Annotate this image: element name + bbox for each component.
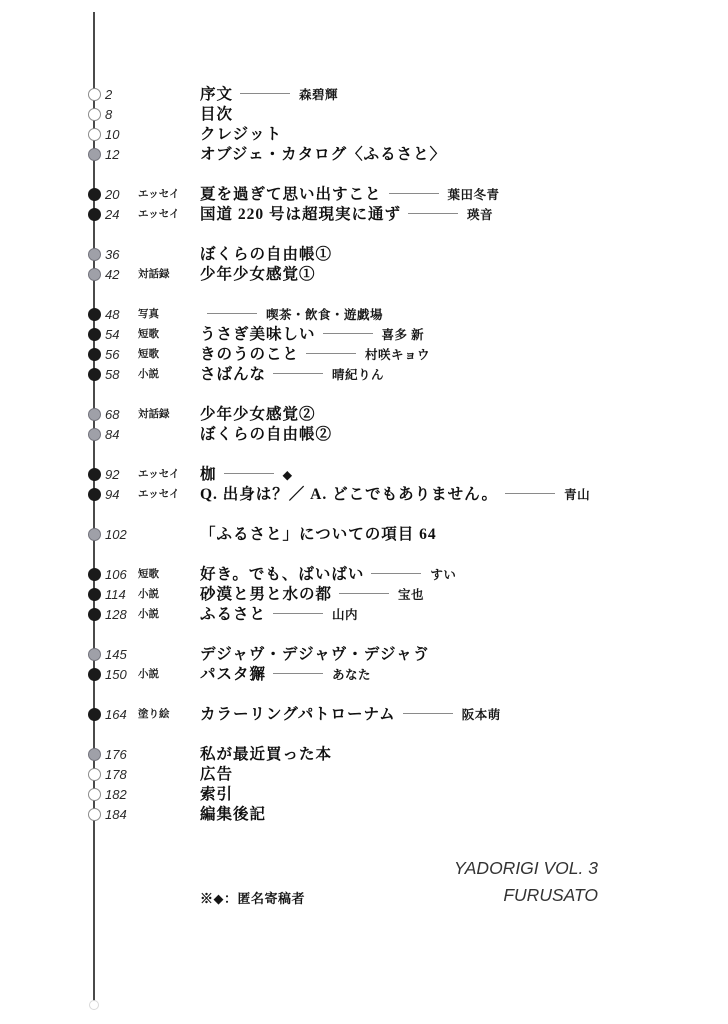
entry-title: オブジェ・カタログ〈ふるさと〉 (200, 146, 446, 163)
category-label: 短歌 (138, 565, 159, 585)
leader-dash (339, 593, 389, 594)
leader-dash (224, 473, 274, 474)
toc-row: 84ぼくらの自由帳② (0, 425, 728, 445)
page-number: 42 (105, 265, 119, 285)
category-label: エッセイ (138, 205, 179, 225)
entry-title: パスタ獬 (200, 666, 266, 683)
entry-title-wrap: 夏を過ぎて思い出すこと葉田冬青 (200, 185, 500, 205)
entry-title-wrap: 少年少女感覚① (200, 265, 316, 285)
leader-dash (323, 333, 373, 334)
anonymous-contributor-note: ※◆：匿名寄稿者 (200, 888, 305, 907)
entry-title: ぼくらの自由帳① (200, 246, 332, 263)
entry-title: 国道 220 号は超現実に通ず (200, 206, 401, 223)
entry-title: 広告 (200, 766, 233, 783)
toc-row: 92エッセイ枷◆ (0, 465, 728, 485)
page-number: 48 (105, 305, 119, 325)
toc-row: 182索引 (0, 785, 728, 805)
entry-title: 砂漠と男と水の都 (200, 586, 332, 603)
entry-title-wrap: ぼくらの自由帳① (200, 245, 332, 265)
entry-title: 好き。でも、ばいばい (200, 566, 364, 583)
toc-group: 106短歌好き。でも、ばいばいすい114小説砂漠と男と水の都宝也128小説ふるさ… (0, 565, 728, 625)
page-number: 182 (105, 785, 127, 805)
author-name: 晴紀りん (332, 368, 384, 382)
entry-title-wrap: さばんな晴紀りん (200, 365, 384, 385)
bullet-open-icon (88, 88, 101, 101)
bullet-gray-icon (88, 428, 101, 441)
toc-group: 68対話録少年少女感覚②84ぼくらの自由帳② (0, 405, 728, 445)
entry-title-wrap: 枷◆ (200, 465, 293, 485)
entry-title-wrap: 広告 (200, 765, 233, 785)
toc-group: 36ぼくらの自由帳①42対話録少年少女感覚① (0, 245, 728, 285)
author-name: 森碧輝 (299, 88, 338, 102)
issue-title: FURUSATO (503, 885, 598, 906)
bullet-open-icon (88, 808, 101, 821)
page-number: 2 (105, 85, 112, 105)
timeline-endcap-circle (89, 1000, 99, 1010)
author-name: 葉田冬青 (448, 188, 500, 202)
toc-group: 2序文森碧輝8目次10クレジット12オブジェ・カタログ〈ふるさと〉 (0, 85, 728, 165)
leader-dash (273, 673, 323, 674)
page-number: 150 (105, 665, 127, 685)
entry-title-wrap: 少年少女感覚② (200, 405, 316, 425)
author-name: 瑛音 (467, 208, 493, 222)
category-label: エッセイ (138, 485, 179, 505)
entry-title-wrap: 国道 220 号は超現実に通ず瑛音 (200, 205, 493, 225)
entry-title-wrap: Q. 出身は？／ A. どこでもありません。青山 (200, 485, 590, 505)
category-label: 塗り絵 (138, 705, 170, 725)
toc-row: 114小説砂漠と男と水の都宝也 (0, 585, 728, 605)
bullet-gray-icon (88, 408, 101, 421)
page-number: 10 (105, 125, 119, 145)
leader-dash (273, 613, 323, 614)
page-number: 114 (105, 585, 126, 605)
author-name: 喫茶・飲食・遊戯場 (266, 308, 383, 322)
page-number: 54 (105, 325, 119, 345)
author-name: 喜多 新 (382, 328, 425, 342)
page-number: 20 (105, 185, 119, 205)
author-name: あなた (332, 668, 371, 682)
entry-title-wrap: 好き。でも、ばいばいすい (200, 565, 456, 585)
entry-title-wrap: ふるさと山内 (200, 605, 358, 625)
toc-row: 42対話録少年少女感覚① (0, 265, 728, 285)
entry-title-wrap: 「ふるさと」についての項目 64 (200, 525, 437, 545)
leader-dash (240, 93, 290, 94)
entry-title-wrap: ぼくらの自由帳② (200, 425, 332, 445)
bullet-black-icon (88, 188, 101, 201)
author-name: すい (430, 568, 456, 582)
entry-title: 私が最近買った本 (200, 746, 332, 763)
author-name: 宝也 (398, 588, 424, 602)
entry-title: 枷 (200, 466, 217, 483)
bullet-open-icon (88, 788, 101, 801)
page-number: 184 (105, 805, 127, 825)
bullet-black-icon (88, 588, 101, 601)
toc-row: 56短歌きのうのこと村咲キョウ (0, 345, 728, 365)
page-number: 128 (105, 605, 127, 625)
leader-dash (273, 373, 323, 374)
entry-title-wrap: 目次 (200, 105, 233, 125)
bullet-gray-icon (88, 248, 101, 261)
bullet-black-icon (88, 708, 101, 721)
leader-dash (306, 353, 356, 354)
entry-title: さばんな (200, 366, 266, 383)
bullet-open-icon (88, 128, 101, 141)
toc-group: 20エッセイ夏を過ぎて思い出すこと葉田冬青24エッセイ国道 220 号は超現実に… (0, 185, 728, 225)
author-name: 村咲キョウ (365, 348, 430, 362)
category-label: エッセイ (138, 465, 179, 485)
page-number: 8 (105, 105, 112, 125)
author-name: 阪本萌 (462, 708, 501, 722)
page-number: 178 (105, 765, 127, 785)
toc-row: 102「ふるさと」についての項目 64 (0, 525, 728, 545)
entry-title: 索引 (200, 786, 233, 803)
entry-title: ふるさと (200, 606, 266, 623)
entry-title-wrap: 索引 (200, 785, 233, 805)
bullet-gray-icon (88, 148, 101, 161)
leader-dash (403, 713, 453, 714)
leader-dash (207, 313, 257, 314)
entry-title-wrap: パスタ獬あなた (200, 665, 371, 685)
entry-title: ぼくらの自由帳② (200, 426, 332, 443)
toc-row: 94エッセイQ. 出身は？／ A. どこでもありません。青山 (0, 485, 728, 505)
bullet-black-icon (88, 568, 101, 581)
page-number: 56 (105, 345, 119, 365)
toc-row: 145デジャヴ・デジャヴ・デジャゔ (0, 645, 728, 665)
author-name: ◆ (283, 468, 293, 482)
bullet-black-icon (88, 308, 101, 321)
toc-group: 48写真喫茶・飲食・遊戯場54短歌うさぎ美味しい喜多 新56短歌きのうのこと村咲… (0, 305, 728, 385)
entry-title: クレジット (200, 126, 282, 143)
bullet-black-icon (88, 488, 101, 501)
toc-row: 54短歌うさぎ美味しい喜多 新 (0, 325, 728, 345)
entry-title-wrap: 序文森碧輝 (200, 85, 338, 105)
toc-row: 24エッセイ国道 220 号は超現実に通ず瑛音 (0, 205, 728, 225)
category-label: 写真 (138, 305, 159, 325)
toc-row: 48写真喫茶・飲食・遊戯場 (0, 305, 728, 325)
bullet-gray-icon (88, 528, 101, 541)
page-number: 106 (105, 565, 127, 585)
toc-group: 145デジャヴ・デジャヴ・デジャゔ150小説パスタ獬あなた (0, 645, 728, 685)
bullet-black-icon (88, 348, 101, 361)
bullet-black-icon (88, 608, 101, 621)
entry-title-wrap: 砂漠と男と水の都宝也 (200, 585, 424, 605)
entry-title-wrap: 喫茶・飲食・遊戯場 (200, 305, 383, 325)
bullet-open-icon (88, 108, 101, 121)
toc-row: 184編集後記 (0, 805, 728, 825)
page-number: 36 (105, 245, 119, 265)
toc-row: 176私が最近買った本 (0, 745, 728, 765)
category-label: 短歌 (138, 325, 159, 345)
category-label: 小説 (138, 605, 159, 625)
leader-dash (389, 193, 439, 194)
category-label: 小説 (138, 665, 159, 685)
category-label: 短歌 (138, 345, 159, 365)
bullet-black-icon (88, 468, 101, 481)
bullet-open-icon (88, 768, 101, 781)
bullet-black-icon (88, 208, 101, 221)
toc-row: 150小説パスタ獬あなた (0, 665, 728, 685)
entry-title-wrap: オブジェ・カタログ〈ふるさと〉 (200, 145, 446, 165)
entry-title-wrap: 編集後記 (200, 805, 266, 825)
entry-title: 少年少女感覚② (200, 406, 316, 423)
entry-title: 少年少女感覚① (200, 266, 316, 283)
toc-group: 164塗り絵カラーリングパトローナム阪本萌 (0, 705, 728, 725)
category-label: 対話録 (138, 405, 170, 425)
page-number: 12 (105, 145, 119, 165)
leader-dash (408, 213, 458, 214)
page-number: 92 (105, 465, 119, 485)
category-label: 小説 (138, 365, 159, 385)
toc-row: 2序文森碧輝 (0, 85, 728, 105)
toc-row: 8目次 (0, 105, 728, 125)
entry-title-wrap: 私が最近買った本 (200, 745, 332, 765)
toc-row: 106短歌好き。でも、ばいばいすい (0, 565, 728, 585)
bullet-gray-icon (88, 268, 101, 281)
bullet-gray-icon (88, 748, 101, 761)
author-name: 山内 (332, 608, 358, 622)
entry-title-wrap: うさぎ美味しい喜多 新 (200, 325, 424, 345)
toc-row: 68対話録少年少女感覚② (0, 405, 728, 425)
page-number: 176 (105, 745, 127, 765)
toc-row: 164塗り絵カラーリングパトローナム阪本萌 (0, 705, 728, 725)
entry-title: きのうのこと (200, 346, 299, 363)
entry-title: 「ふるさと」についての項目 64 (200, 526, 437, 543)
toc-row: 10クレジット (0, 125, 728, 145)
entry-title-wrap: クレジット (200, 125, 282, 145)
bullet-black-icon (88, 328, 101, 341)
entry-title: Q. 出身は？／ A. どこでもありません。 (200, 486, 498, 503)
toc-group: 92エッセイ枷◆94エッセイQ. 出身は？／ A. どこでもありません。青山 (0, 465, 728, 505)
toc-row: 58小説さばんな晴紀りん (0, 365, 728, 385)
page-number: 94 (105, 485, 119, 505)
page-number: 164 (105, 705, 127, 725)
page-number: 58 (105, 365, 119, 385)
page-number: 102 (105, 525, 127, 545)
toc-row: 128小説ふるさと山内 (0, 605, 728, 625)
entry-title-wrap: デジャヴ・デジャヴ・デジャゔ (200, 645, 429, 665)
bullet-gray-icon (88, 648, 101, 661)
category-label: エッセイ (138, 185, 179, 205)
toc-row: 20エッセイ夏を過ぎて思い出すこと葉田冬青 (0, 185, 728, 205)
entry-title: 序文 (200, 86, 233, 103)
toc-row: 12オブジェ・カタログ〈ふるさと〉 (0, 145, 728, 165)
page-number: 68 (105, 405, 119, 425)
category-label: 小説 (138, 585, 159, 605)
entry-title-wrap: カラーリングパトローナム阪本萌 (200, 705, 501, 725)
page-number: 24 (105, 205, 119, 225)
page-number: 145 (105, 645, 127, 665)
leader-dash (371, 573, 421, 574)
toc-row: 178広告 (0, 765, 728, 785)
page-number: 84 (105, 425, 119, 445)
author-name: 青山 (564, 488, 590, 502)
bullet-black-icon (88, 368, 101, 381)
toc: 2序文森碧輝8目次10クレジット12オブジェ・カタログ〈ふるさと〉20エッセイ夏… (0, 85, 728, 845)
entry-title-wrap: きのうのこと村咲キョウ (200, 345, 430, 365)
toc-group: 102「ふるさと」についての項目 64 (0, 525, 728, 545)
magazine-title: YADORIGI VOL. 3 (454, 858, 598, 879)
entry-title: 目次 (200, 106, 233, 123)
entry-title: デジャヴ・デジャヴ・デジャゔ (200, 646, 429, 663)
category-label: 対話録 (138, 265, 170, 285)
entry-title: うさぎ美味しい (200, 326, 316, 343)
leader-dash (505, 493, 555, 494)
entry-title: 編集後記 (200, 806, 266, 823)
entry-title: 夏を過ぎて思い出すこと (200, 186, 382, 203)
bullet-black-icon (88, 668, 101, 681)
entry-title: カラーリングパトローナム (200, 706, 396, 723)
toc-row: 36ぼくらの自由帳① (0, 245, 728, 265)
toc-group: 176私が最近買った本178広告182索引184編集後記 (0, 745, 728, 825)
